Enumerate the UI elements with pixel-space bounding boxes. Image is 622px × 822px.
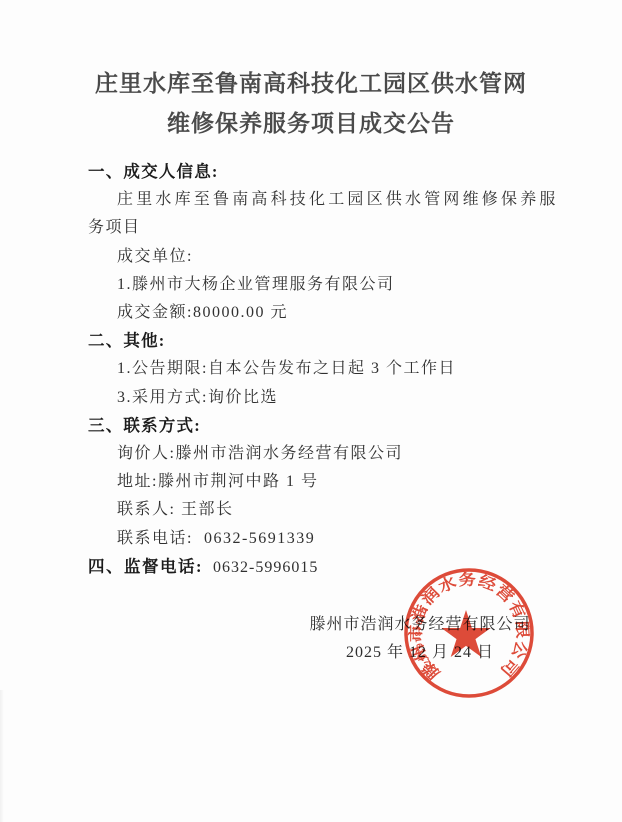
project-name-line2: 务项目	[88, 214, 574, 242]
address: 地址:滕州市荆河中路 1 号	[88, 468, 574, 496]
document-title-line2: 维修保养服务项目成交公告	[0, 103, 622, 143]
winning-unit-label: 成交单位:	[88, 243, 574, 271]
signature-company: 滕州市浩润水务经营有限公司	[300, 611, 540, 639]
supervision-phone-value: 0632-5996015	[213, 559, 318, 576]
signature-block: 滕州市浩润水务经营有限公司 2025 年 12 月 24 日	[300, 611, 540, 667]
supervision-phone-number	[203, 559, 213, 576]
document-title-line1: 庄里水库至鲁南高科技化工园区供水管网	[0, 63, 622, 103]
section-4-heading: 四、监督电话:	[88, 557, 203, 576]
inquirer-name: 询价人:滕州市浩润水务经营有限公司	[88, 440, 574, 468]
transaction-amount: 成交金额:80000.00 元	[88, 299, 574, 327]
project-name-line1: 庄里水库至鲁南高科技化工园区供水管网维修保养服	[88, 186, 574, 214]
section-2-heading: 二、其他:	[88, 327, 574, 355]
document-body: 一、成交人信息: 庄里水库至鲁南高科技化工园区供水管网维修保养服 务项目 成交单…	[88, 158, 574, 582]
contact-person: 联系人: 王部长	[88, 496, 574, 524]
winning-unit-name: 1.滕州市大杨企业管理服务有限公司	[88, 271, 574, 299]
procurement-method: 3.采用方式:询价比选	[88, 384, 574, 412]
section-3-heading: 三、联系方式:	[88, 412, 574, 440]
announcement-page: 庄里水库至鲁南高科技化工园区供水管网 维修保养服务项目成交公告 一、成交人信息:…	[0, 0, 622, 822]
signature-date: 2025 年 12 月 24 日	[300, 639, 540, 667]
supervision-phone-line: 四、监督电话: 0632-5996015	[88, 553, 574, 582]
document-title: 庄里水库至鲁南高科技化工园区供水管网 维修保养服务项目成交公告	[0, 63, 622, 143]
section-1-heading: 一、成交人信息:	[88, 158, 574, 186]
contact-phone: 联系电话: 0632-5691339	[88, 525, 574, 553]
notice-period: 1.公告期限:自本公告发布之日起 3 个工作日	[88, 355, 574, 383]
